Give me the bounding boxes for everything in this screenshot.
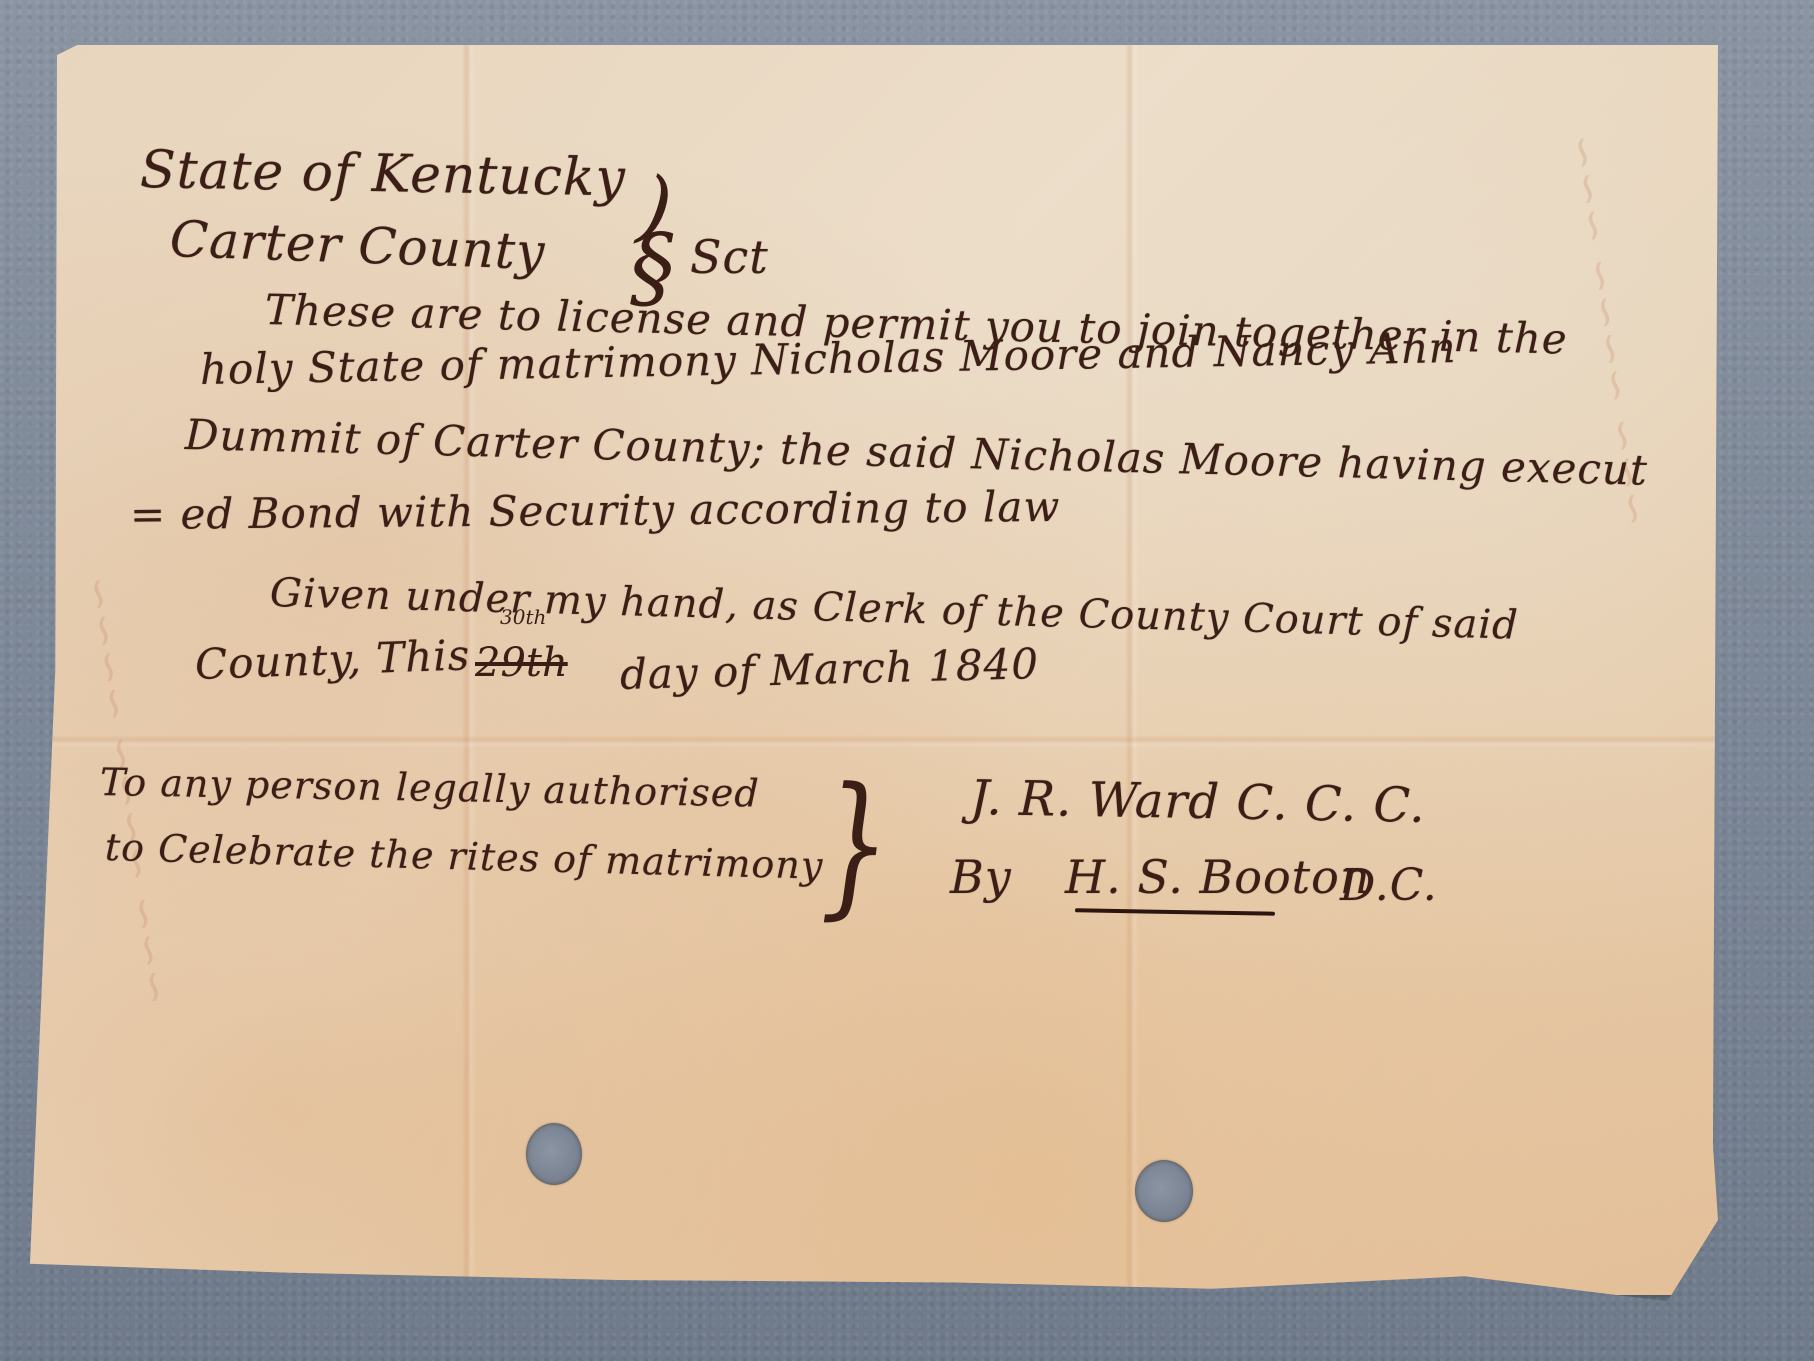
closing-brace: } [820,754,890,933]
punch-hole [1135,1160,1193,1222]
deputy-title: D.C. [1340,860,1438,911]
punch-hole [526,1123,582,1185]
struck-day: 29th [475,640,568,686]
clerk-signature: J. R. Ward C. C. C. [970,770,1427,834]
corrected-day: 30th [500,605,546,629]
deputy-signature: H. S. Booton [1065,850,1370,904]
vertical-fold-line [1125,45,1139,1295]
heading-state: State of Kentucky [139,140,626,208]
signature-by-prefix: By [950,850,1012,904]
body-line-6: County, This [194,630,471,689]
sct-abbreviation: Sct [690,230,769,284]
body-line-4: = ed Bond with Security according to law [130,482,1061,539]
horizontal-fold-line [30,735,1718,749]
